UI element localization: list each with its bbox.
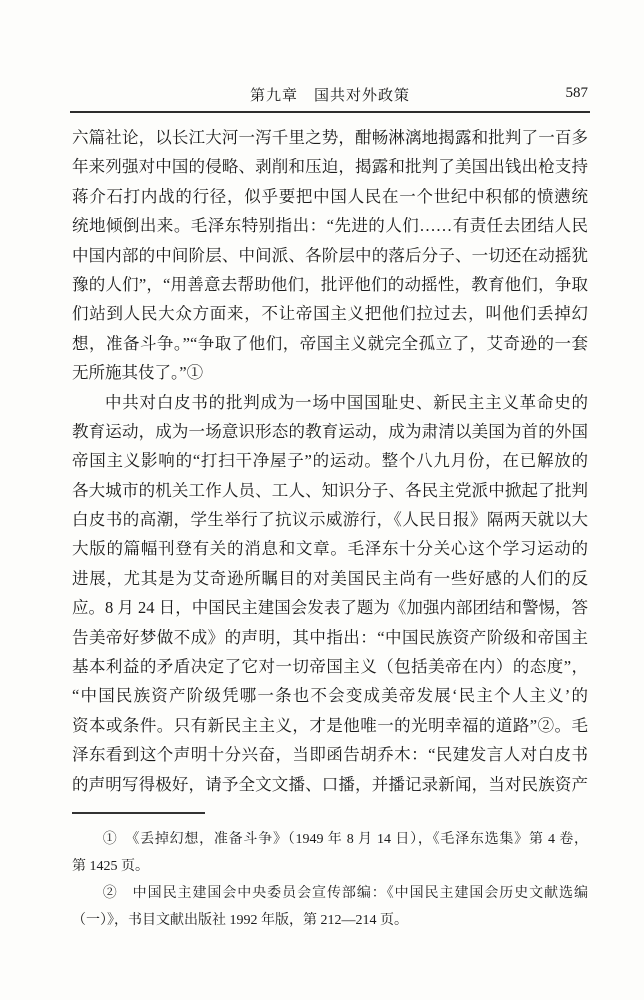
body-line: 帝国主义影响的“打扫干净屋子”的运动。整个八九月份，在已解放的 [72,446,588,475]
body-line: 基本利益的矛盾决定了它对一切帝国主义（包括美帝在内）的态度”， [72,652,588,681]
body-line: 年来列强对中国的侵略、剥削和压迫，揭露和批判了美国出钱出枪支持 [72,152,588,181]
body-line: 应。8 月 24 日，中国民主建国会发表了题为《加强内部团结和警惕，答 [72,593,588,622]
body-line: 白皮书的高潮，学生举行了抗议示威游行，《人民日报》隔两天就以大版 [72,505,588,534]
footnote-2-line: （一）》，书目文献出版社 1992 年版，第 212—214 页。 [72,907,588,934]
body-line: 想，准备斗争。”“争取了他们，帝国主义就完全孤立了，艾奇逊的一套就 [72,329,588,358]
footnote-1-line: 第 1425 页。 [72,853,588,880]
footnote-1-line: ① 《丢掉幻想，准备斗争》（1949 年 8 月 14 日），《毛泽东选集》第 … [72,826,588,853]
body-line: 教育运动，成为一场意识形态的教育运动，成为肃清以美国为首的外国 [72,417,588,446]
page-number: 587 [566,85,589,102]
body-text: 六篇社论，以长江大河一泻千里之势，酣畅淋漓地揭露和批判了一百多 年来列强对中国的… [72,123,588,799]
body-line: 统地倾倒出来。毛泽东特别指出：“先进的人们……有责任去团结人民 [72,211,588,240]
body-line: 蒋介石打内战的行径，似乎要把中国人民在一个世纪中积郁的愤懑统 [72,182,588,211]
body-line-paragraph-end: 无所施其伎了。”① [72,358,588,387]
book-page: 第九章 国共对外政策 587 六篇社论，以长江大河一泻千里之势，酣畅淋漓地揭露和… [0,0,644,1000]
header-rule [70,111,590,113]
body-line: 大版的篇幅刊登有关的消息和文章。毛泽东十分关心这个学习运动的 [72,534,588,563]
footnote-2-line: ② 中国民主建国会中央委员会宣传部编：《中国民主建国会历史文献选编 [72,880,588,907]
footnote-separator [72,812,205,814]
page-header: 第九章 国共对外政策 587 [72,84,588,106]
body-line: 资本或条件。只有新民主主义，才是他唯一的光明幸福的道路”②。毛 [72,711,588,740]
body-line: 的声明写得极好，请予全文文播、口播，并播记录新闻，当对民族资产阶 [72,770,588,799]
body-line: 进展，尤其是为艾奇逊所瞩目的对美国民主尚有一些好感的人们的反 [72,564,588,593]
body-line: “中国民族资产阶级凭哪一条也不会变成美帝发展‘民主个人主义’的 [72,681,588,710]
body-line: 泽东看到这个声明十分兴奋，当即函告胡乔木：“民建发言人对白皮书 [72,740,588,769]
body-line: 告美帝好梦做不成》的声明，其中指出：“中国民族资产阶级和帝国主义 [72,623,588,652]
chapter-title: 第九章 国共对外政策 [72,84,588,105]
body-line: 豫的人们”，“用善意去帮助他们，批评他们的动摇性，教育他们，争取他 [72,270,588,299]
body-line: 各大城市的机关工作人员、工人、知识分子、各民主党派中掀起了批判 [72,476,588,505]
footnotes: ① 《丢掉幻想，准备斗争》（1949 年 8 月 14 日），《毛泽东选集》第 … [72,826,588,934]
body-line: 中国内部的中间阶层、中间派、各阶层中的落后分子、一切还在动摇犹 [72,241,588,270]
body-line: 们站到人民大众方面来，不让帝国主义把他们拉过去，叫他们丢掉幻 [72,299,588,328]
body-line: 六篇社论，以长江大河一泻千里之势，酣畅淋漓地揭露和批判了一百多 [72,123,588,152]
body-line-paragraph-start: 中共对白皮书的批判成为一场中国国耻史、新民主主义革命史的 [72,388,588,417]
